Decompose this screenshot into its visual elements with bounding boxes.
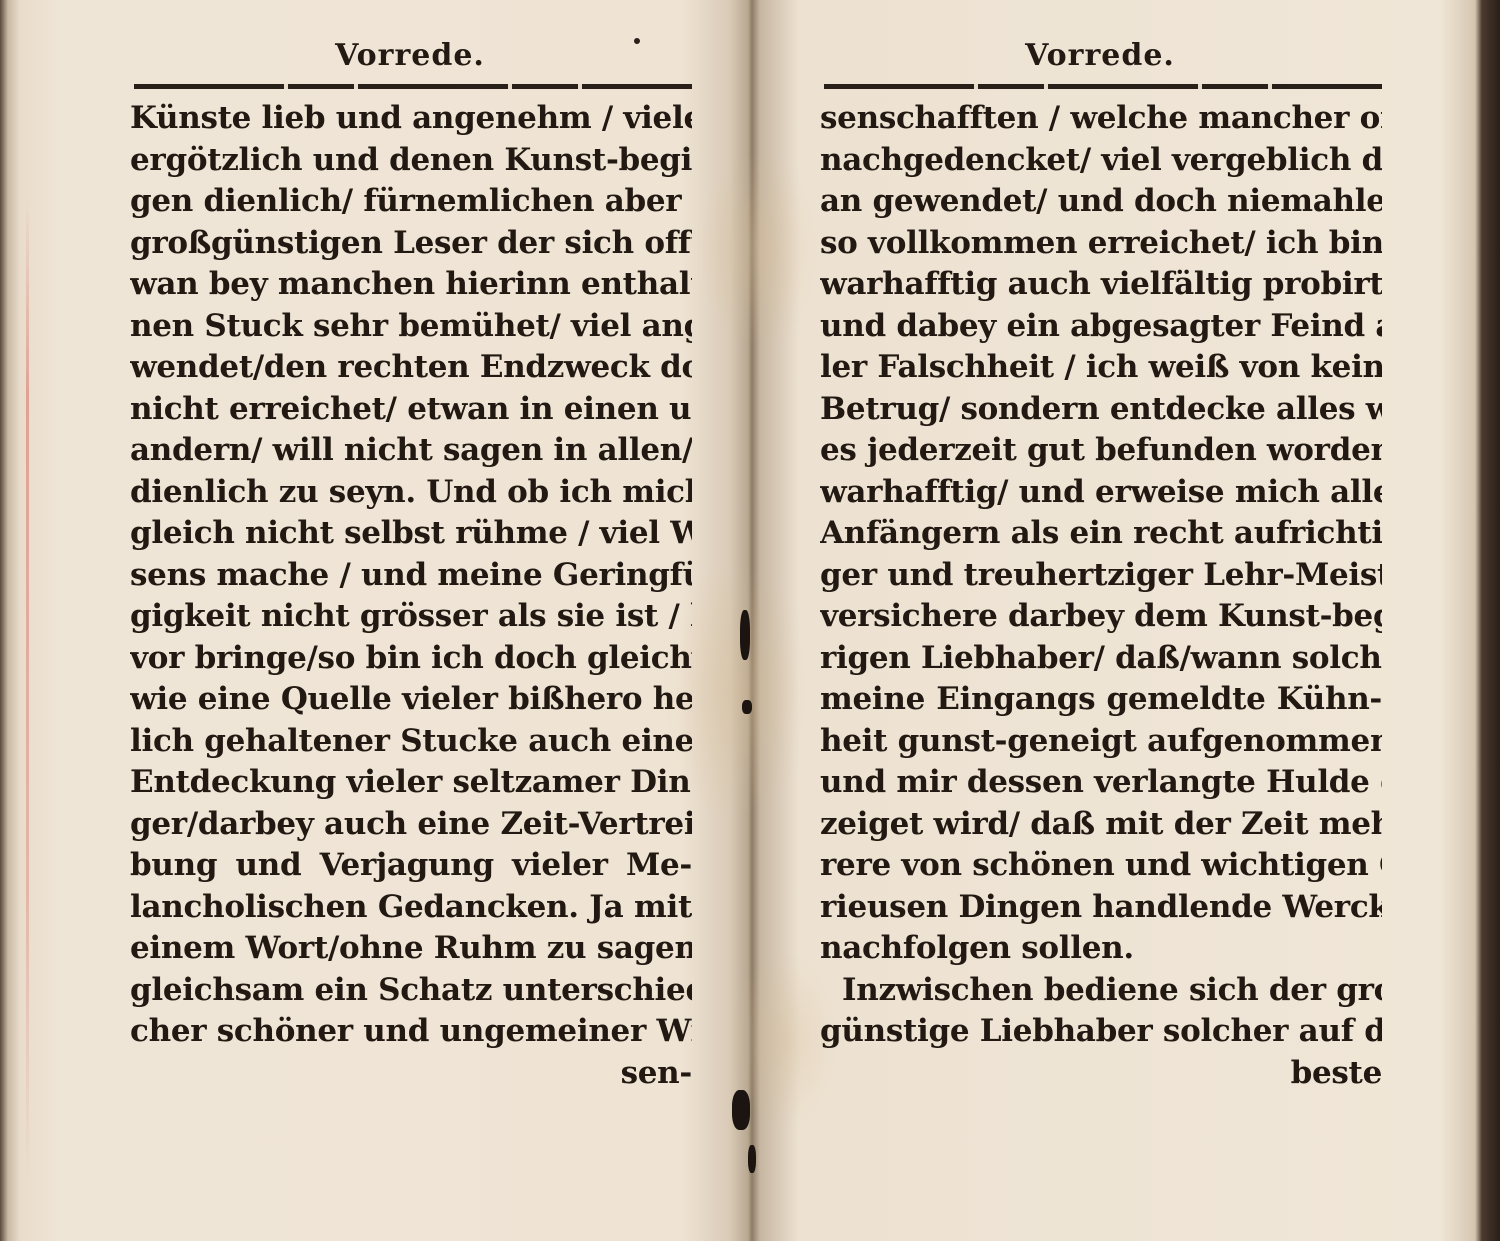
running-head: Vorrede. (810, 38, 1390, 73)
text-line: versichere darbey dem Kunst-begie- (820, 596, 1382, 638)
running-head: Vorrede. (120, 38, 700, 73)
text-block: Künste lieb und angenehm / vielen ergötz… (130, 98, 692, 1094)
text-line: es jederzeit gut befunden worden (820, 430, 1382, 472)
text-line: wendet/den rechten Endzweck doch (130, 347, 692, 389)
gutter-ink-blot (732, 1090, 750, 1130)
text-line: nachgedencket/ viel vergeblich dar- (820, 140, 1382, 182)
text-line: rigen Liebhaber/ daß/wann solche/ (820, 638, 1382, 680)
text-line: wan bey manchen hierinn enthalte- (130, 264, 692, 306)
text-line: großgünstigen Leser der sich offt et- (130, 223, 692, 265)
left-page: Vorrede. Künste lieb und angenehm / viel… (120, 0, 700, 1241)
text-line: ger und treuhertziger Lehr-Meister/ (820, 555, 1382, 597)
text-line: Betrug/ sondern entdecke alles wie (820, 389, 1382, 431)
text-line: heit gunst-geneigt aufgenommen/ (820, 721, 1382, 763)
text-line: nachfolgen sollen. (820, 928, 1382, 970)
text-line: und dabey ein abgesagter Feind al- (820, 306, 1382, 348)
text-line: warhafftig/ und erweise mich allen (820, 472, 1382, 514)
text-line: Entdeckung vieler seltzamer Din- (130, 762, 692, 804)
water-stain (700, 150, 820, 350)
gutter-ink-blot (748, 1145, 756, 1173)
text-line: lich gehaltener Stucke auch eine (130, 721, 692, 763)
text-line: und mir dessen verlangte Hulde er- (820, 762, 1382, 804)
text-line: Anfängern als ein recht aufrichti- (820, 513, 1382, 555)
red-edge-mark (26, 200, 29, 1180)
text-line: so vollkommen erreichet/ ich bin (820, 223, 1382, 265)
header-rule (134, 84, 692, 89)
right-page: Vorrede. senschafften / welche mancher o… (810, 0, 1390, 1241)
text-line: nen Stuck sehr bemühet/ viel ange- (130, 306, 692, 348)
paragraph-line: Inzwischen bediene sich der groß- (820, 970, 1382, 1012)
text-line: ergötzlich und denen Kunst-begieri- (130, 140, 692, 182)
text-line: gleichsam ein Schatz unterschiedli- (130, 970, 692, 1012)
text-line: andern/ will nicht sagen in allen/ (130, 430, 692, 472)
text-line: senschafften / welche mancher offt (820, 98, 1382, 140)
gutter-ink-blot (742, 700, 752, 714)
paragraph-line: günstige Liebhaber solcher auf das (820, 1011, 1382, 1053)
text-line: an gewendet/ und doch niemahlen (820, 181, 1382, 223)
book-spread: Vorrede. Künste lieb und angenehm / viel… (0, 0, 1500, 1241)
catchword: sen- (130, 1053, 692, 1095)
text-line: ler Falschheit / ich weiß von keinen (820, 347, 1382, 389)
text-line: wie eine Quelle vieler bißhero heim- (130, 679, 692, 721)
text-line: zeiget wird/ daß mit der Zeit meh- (820, 804, 1382, 846)
text-line: meine Eingangs gemeldte Kühn- (820, 679, 1382, 721)
text-line: warhafftig auch vielfältig probirt (820, 264, 1382, 306)
text-line: gigkeit nicht grösser als sie ist / her- (130, 596, 692, 638)
text-line: bung und Verjagung vieler Me- (130, 845, 692, 887)
text-line: sens mache / und meine Geringfü- (130, 555, 692, 597)
text-block: senschafften / welche mancher offt nachg… (820, 98, 1382, 1094)
header-rule (824, 84, 1382, 89)
text-line: lancholischen Gedancken. Ja mit (130, 887, 692, 929)
text-line: rere von schönen und wichtigen Cu- (820, 845, 1382, 887)
text-line: gleich nicht selbst rühme / viel We- (130, 513, 692, 555)
text-line: gen dienlich/ fürnemlichen aber dem (130, 181, 692, 223)
text-line: dienlich zu seyn. Und ob ich mich (130, 472, 692, 514)
text-line: rieusen Dingen handlende Wercke (820, 887, 1382, 929)
catchword: beste (820, 1053, 1382, 1095)
text-line: vor bringe/so bin ich doch gleichwol (130, 638, 692, 680)
text-line: ger/darbey auch eine Zeit-Vertrei- (130, 804, 692, 846)
text-line: nicht erreichet/ etwan in einen und (130, 389, 692, 431)
text-line: Künste lieb und angenehm / vielen (130, 98, 692, 140)
text-line: einem Wort/ohne Ruhm zu sagen/ (130, 928, 692, 970)
gutter-ink-blot (740, 610, 750, 660)
text-line: cher schöner und ungemeiner Wis- (130, 1011, 692, 1053)
